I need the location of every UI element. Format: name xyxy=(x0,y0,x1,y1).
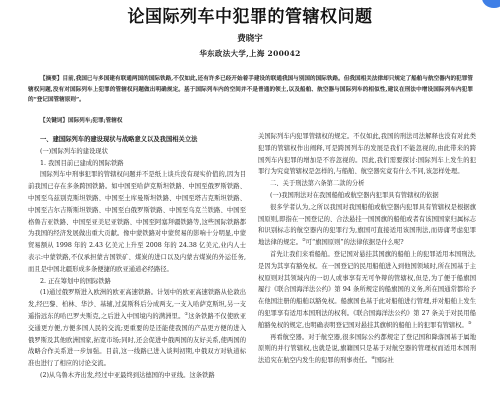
abstract: 【摘要】目前,我国已与多国建有联通两国的国际铁路,不仅如此,还有许多已经开始着手… xyxy=(28,74,473,106)
author-affiliation: 华东政法大学,上海 200042 xyxy=(0,48,500,59)
left-column: 一、建国际列车的建设现状与战略意义以及我国相关立法 (一)国际列车的建设现状 1… xyxy=(28,134,246,382)
paragraph-text: 这条铁路不仅使欧亚交通更方便,方便多国人民的交流;更重要的是还能使我国的产品更方… xyxy=(28,313,246,367)
section-heading-2: 二、关于刑法第六条第二款的分析 xyxy=(258,178,476,190)
paragraph: 很多学者认为,之所以我国对我国船舶或航空器内犯罪具有管辖权是根据旗国原则,即指在… xyxy=(258,202,476,249)
paragraph: 再看航空器。对于航空器,很多国际公约都规定了登记国和降落国基于属地原则的并行管辖… xyxy=(258,332,476,367)
paragraph: 国际列车中刑事犯罪的管辖权问题并不是纸上谈兵没有现实价值的,因为目前我国已存在多… xyxy=(28,169,246,275)
subsection-heading: (一)我国刑法对在我国船舶或航空器内犯罪具有管辖权的依据 xyxy=(258,190,476,202)
item-heading-2: 2. 正在筹划中的国际铁路 xyxy=(28,276,246,288)
paragraph-text: 可“旗国原则”的法律依据是什么呢? xyxy=(306,239,404,246)
paragraph-text: 首先让我们来看船舶。登记国对悬挂其国旗的船舶上的犯罪适用本国刑法,是因为其享有豁… xyxy=(258,251,476,329)
section-heading-1: 一、建国际列车的建设现状与战略意义以及我国相关立法 xyxy=(28,134,246,146)
right-column: 关国际列车内犯罪管辖权的规定。不仅如此,我国的刑法司法解释也没有对此类犯罪的管辖… xyxy=(258,131,476,367)
subsection-heading: (一)国际列车的建设现状 xyxy=(28,146,246,158)
paragraph-text: 国际社 xyxy=(375,357,394,364)
keywords-text: 国际列车;犯罪;管辖权 xyxy=(68,118,122,124)
paragraph-text: 再看航空器。对于航空器,很多国际公约都规定了登记国和降落国基于属地原则的并行管辖… xyxy=(258,334,476,365)
abstract-text: 目前,我国已与多国建有联通两国的国际铁路,不仅如此,还有许多已经开始着手建设的联… xyxy=(28,76,473,103)
paragraph: (2)从乌鲁木齐出发,经过中亚最终到达德国的中亚线。这条铁路 xyxy=(28,370,246,382)
footnote-ref[interactable]: ③ xyxy=(468,320,472,325)
paragraph: 关国际列车内犯罪管辖权的规定。不仅如此,我国的刑法司法解释也没有对此类犯罪的管辖… xyxy=(258,131,476,178)
paper-title: 论国际列车中犯罪的管辖权问题 xyxy=(0,2,500,27)
author-name: 费晓宇 xyxy=(0,32,500,44)
document-page: 论国际列车中犯罪的管辖权问题 费晓宇 华东政法大学,上海 200042 【摘要】… xyxy=(0,0,500,419)
paragraph: (1)通过俄罗斯进入欧洲的欧亚高速铁路。计划中的欧亚高速铁路从伦敦出发,经巴黎、… xyxy=(28,287,246,370)
abstract-label: 【摘要】 xyxy=(40,76,62,82)
keywords-label: 【关键词】 xyxy=(40,118,68,124)
keywords: 【关键词】国际列车;犯罪;管辖权 xyxy=(40,116,470,126)
paragraph: 首先让我们来看船舶。登记国对悬挂其国旗的船舶上的犯罪适用本国刑法,是因为其享有豁… xyxy=(258,249,476,332)
item-heading-1: 1. 我国目前已建成的国际铁路 xyxy=(28,158,246,170)
